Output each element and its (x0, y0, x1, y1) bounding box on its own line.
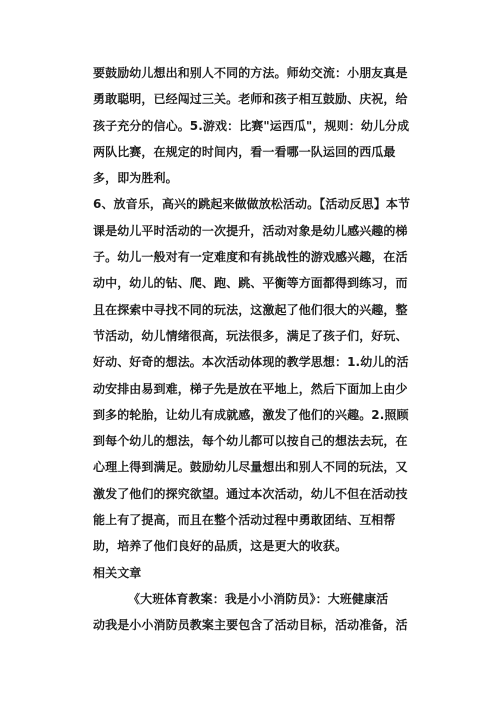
paragraph-activity-reflection-line-3: 子。幼儿一般对有一定难度和有挑战性的游戏感兴趣，在活 (93, 244, 411, 270)
paragraph-activity-reflection-line-14: 助，培养了他们良好的品质，这是更大的收获。 (93, 533, 411, 559)
paragraph-activity-process-line-1: 要鼓励幼儿想出和别人不同的方法。师幼交流：小朋友真是 (93, 60, 411, 86)
paragraph-activity-process-line-4: 两队比赛，在规定的时间内，看一看哪一队运回的西瓜最 (93, 139, 411, 165)
paragraph-activity-reflection-line-9: 到多的轮胎，让幼儿有成就感，激发了他们的兴趣。2.照顾 (93, 402, 411, 428)
paragraph-activity-process-line-3: 孩子充分的信心。5.游戏：比赛"运西瓜"，规则：幼儿分成 (93, 113, 411, 139)
related-articles-heading-line-1: 相关文章 (93, 560, 411, 586)
paragraph-activity-reflection-line-4: 动中，幼儿的钻、爬、跑、跳、平衡等方面都得到练习，而 (93, 270, 411, 296)
document-body: 要鼓励幼儿想出和别人不同的方法。师幼交流：小朋友真是勇敢聪明，已经闯过三关。老师… (93, 60, 411, 639)
paragraph-activity-reflection-line-2: 课是幼儿平时活动的一次提升，活动对象是幼儿感兴趣的梯 (93, 218, 411, 244)
paragraph-related-article-line-1: 《大班体育教案：我是小小消防员》：大班健康活 (93, 586, 411, 612)
paragraph-activity-reflection-line-10: 到每个幼儿的想法，每个幼儿都可以按自己的想法去玩，在 (93, 428, 411, 454)
paragraph-activity-reflection-line-7: 好动、好奇的想法。本次活动体现的教学思想：1.幼儿的活 (93, 349, 411, 375)
paragraph-related-article-line-2: 动我是小小消防员教案主要包含了活动目标，活动准备，活 (93, 612, 411, 638)
paragraph-activity-reflection-line-6: 节活动，幼儿情绪很高，玩法很多，满足了孩子们，好玩、 (93, 323, 411, 349)
document-page: 要鼓励幼儿想出和别人不同的方法。师幼交流：小朋友真是勇敢聪明，已经闯过三关。老师… (0, 0, 500, 707)
paragraph-activity-reflection-line-5: 且在探索中寻找不同的玩法，这激起了他们很大的兴趣，整 (93, 297, 411, 323)
paragraph-activity-reflection-line-11: 心理上得到满足。鼓励幼儿尽量想出和别人不同的玩法，又 (93, 454, 411, 480)
paragraph-activity-process-line-5: 多，即为胜利。 (93, 165, 411, 191)
paragraph-activity-process-line-2: 勇敢聪明，已经闯过三关。老师和孩子相互鼓励、庆祝，给 (93, 86, 411, 112)
paragraph-activity-reflection-line-12: 激发了他们的探究欲望。通过本次活动，幼儿不但在活动技 (93, 481, 411, 507)
paragraph-activity-reflection-line-8: 动安排由易到难，梯子先是放在平地上，然后下面加上由少 (93, 376, 411, 402)
paragraph-activity-reflection-line-1: 6、放音乐，高兴的跳起来做做放松活动。【活动反思】本节 (93, 191, 411, 217)
paragraph-activity-reflection-line-13: 能上有了提高，而且在整个活动过程中勇敢团结、互相帮 (93, 507, 411, 533)
